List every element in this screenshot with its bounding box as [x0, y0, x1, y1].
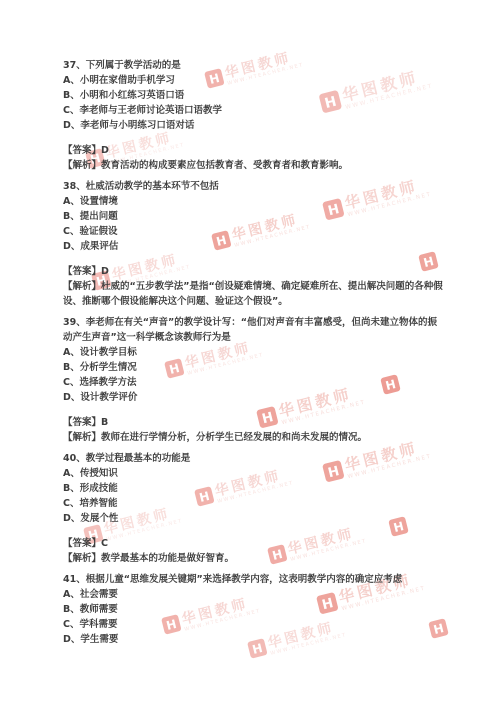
analysis-text: 教师在进行学情分析，分析学生已经发展的和尚未发展的情况。 — [101, 432, 367, 443]
question-stem: 38、杜威活动教学的基本环节不包括 — [63, 179, 443, 194]
analysis-label: 【解析】 — [63, 553, 101, 564]
question-text: 杜威活动教学的基本环节不包括 — [86, 181, 219, 192]
question-number: 39、 — [63, 317, 86, 328]
option-c: C、培养智能 — [63, 496, 443, 511]
analysis-label: 【解析】 — [63, 432, 101, 443]
answer-label: 【答案】 — [63, 417, 101, 428]
question-stem: 41、根据儿童“思维发展关键期”来选择教学内容，这表明教学内容的确定应考虑 — [63, 572, 443, 587]
option-d: D、学生需要 — [63, 632, 443, 647]
analysis-label: 【解析】 — [63, 281, 101, 292]
answer-label: 【答案】 — [63, 145, 101, 156]
question-number: 41、 — [63, 574, 86, 585]
question-39: 39、李老师在有关“声音”的教学设计写：“他们对声音有丰富感受，但尚未建立物体的… — [63, 315, 443, 445]
answer-row: 【答案】D — [63, 264, 443, 279]
question-stem: 37、下列属于教学活动的是 — [63, 58, 443, 73]
question-text: 教学过程最基本的功能是 — [86, 453, 191, 464]
answer-label: 【答案】 — [63, 538, 101, 549]
option-a: A、设计教学目标 — [63, 345, 443, 360]
option-b: B、提出问题 — [63, 209, 443, 224]
answer-value: D — [101, 266, 109, 277]
question-41: 41、根据儿童“思维发展关键期”来选择教学内容，这表明教学内容的确定应考虑 A、… — [63, 572, 443, 647]
answer-row: 【答案】D — [63, 143, 443, 158]
analysis-row: 【解析】教育活动的构成要素应包括教育者、受教育者和教育影响。 — [63, 158, 443, 173]
option-c: C、选择教学方法 — [63, 375, 443, 390]
option-a: A、小明在家借助手机学习 — [63, 73, 443, 88]
answer-label: 【答案】 — [63, 266, 101, 277]
option-d: D、李老师与小明练习口语对话 — [63, 118, 443, 133]
answer-value: C — [101, 538, 108, 549]
question-number: 40、 — [63, 453, 86, 464]
question-stem: 40、教学过程最基本的功能是 — [63, 451, 443, 466]
question-stem: 39、李老师在有关“声音”的教学设计写：“他们对声音有丰富感受，但尚未建立物体的… — [63, 315, 443, 345]
analysis-row: 【解析】教师在进行学情分析，分析学生已经发展的和尚未发展的情况。 — [63, 430, 443, 445]
question-text: 李老师在有关“声音”的教学设计写：“他们对声音有丰富感受，但尚未建立物体的振动产… — [63, 317, 437, 343]
option-a: A、传授知识 — [63, 466, 443, 481]
answer-value: D — [101, 145, 109, 156]
analysis-text: 杜威的“五步教学法”是指“创设疑难情境、确定疑难所在、提出解决问题的各种假设、推… — [63, 281, 443, 307]
option-c: C、验证假设 — [63, 224, 443, 239]
option-d: D、成果评估 — [63, 239, 443, 254]
question-text: 根据儿童“思维发展关键期”来选择教学内容，这表明教学内容的确定应考虑 — [86, 574, 403, 585]
answer-row: 【答案】C — [63, 536, 443, 551]
analysis-row: 【解析】教学最基本的功能是做好智育。 — [63, 551, 443, 566]
exam-content: 37、下列属于教学活动的是 A、小明在家借助手机学习 B、小明和小红练习英语口语… — [63, 58, 443, 647]
option-d: D、设计教学评价 — [63, 390, 443, 405]
question-number: 37、 — [63, 60, 86, 71]
option-c: C、李老师与王老师讨论英语口语教学 — [63, 103, 443, 118]
question-40: 40、教学过程最基本的功能是 A、传授知识 B、形成技能 C、培养智能 D、发展… — [63, 451, 443, 566]
option-b: B、小明和小红练习英语口语 — [63, 88, 443, 103]
document-page: H华图教师WWW.HTEACHER.NETH华图教师WWW.HTEACHER.N… — [0, 0, 500, 707]
analysis-label: 【解析】 — [63, 160, 101, 171]
option-a: A、设置情境 — [63, 194, 443, 209]
option-a: A、社会需要 — [63, 587, 443, 602]
option-b: B、教师需要 — [63, 602, 443, 617]
option-d: D、发展个性 — [63, 511, 443, 526]
question-text: 下列属于教学活动的是 — [86, 60, 181, 71]
answer-value: B — [101, 417, 108, 428]
analysis-row: 【解析】杜威的“五步教学法”是指“创设疑难情境、确定疑难所在、提出解决问题的各种… — [63, 279, 443, 309]
question-38: 38、杜威活动教学的基本环节不包括 A、设置情境 B、提出问题 C、验证假设 D… — [63, 179, 443, 309]
option-b: B、分析学生情况 — [63, 360, 443, 375]
question-number: 38、 — [63, 181, 86, 192]
option-b: B、形成技能 — [63, 481, 443, 496]
question-37: 37、下列属于教学活动的是 A、小明在家借助手机学习 B、小明和小红练习英语口语… — [63, 58, 443, 173]
analysis-text: 教学最基本的功能是做好智育。 — [101, 553, 234, 564]
analysis-text: 教育活动的构成要素应包括教育者、受教育者和教育影响。 — [101, 160, 348, 171]
answer-row: 【答案】B — [63, 415, 443, 430]
option-c: C、学科需要 — [63, 617, 443, 632]
